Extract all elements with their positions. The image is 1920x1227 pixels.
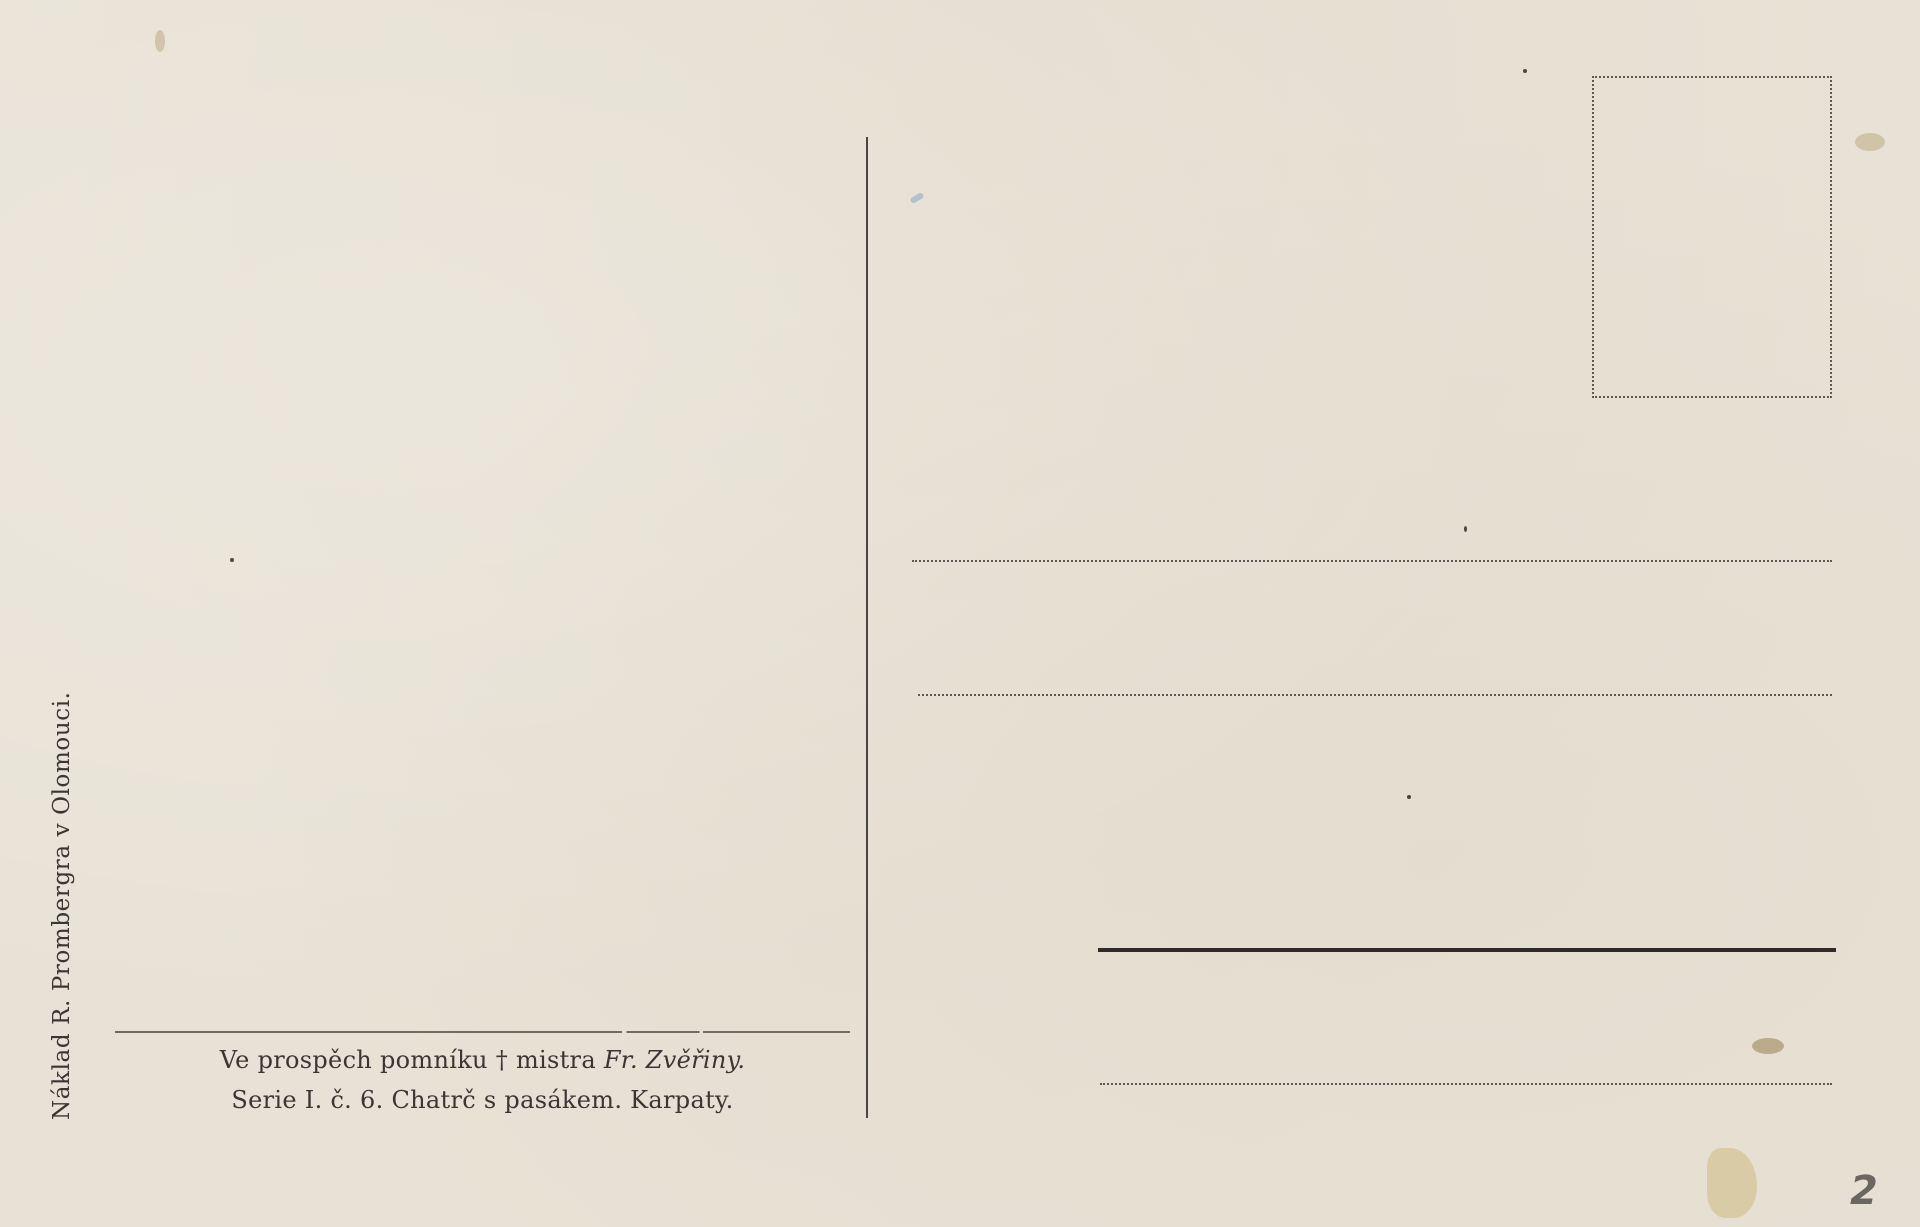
caption-artist-name: Fr. Zvěřiny. xyxy=(604,1046,745,1074)
caption-line-1-text: Ve prospěch pomníku † mistra xyxy=(220,1046,604,1074)
paper-stain xyxy=(1707,1148,1757,1218)
address-line-1 xyxy=(912,560,1832,562)
caption: Ve prospěch pomníku † mistra Fr. Zvěřiny… xyxy=(115,1040,850,1120)
caption-rule xyxy=(115,1031,850,1033)
stamp-box xyxy=(1592,76,1832,398)
publisher-imprint: Náklad R. Prombergra v Olomouci. xyxy=(47,600,77,1120)
paper-speck xyxy=(230,558,234,562)
center-divider xyxy=(866,137,868,1118)
paper-speck xyxy=(1523,69,1527,73)
address-line-3-solid xyxy=(1098,948,1836,952)
ink-mark xyxy=(909,192,924,204)
paper-stain xyxy=(155,30,165,52)
caption-line-1: Ve prospěch pomníku † mistra Fr. Zvěřiny… xyxy=(115,1040,850,1080)
address-line-2 xyxy=(918,694,1832,696)
paper-speck xyxy=(1407,795,1411,799)
address-line-4 xyxy=(1100,1083,1832,1085)
caption-line-2: Serie I. č. 6. Chatrč s pasákem. Karpaty… xyxy=(115,1080,850,1120)
paper-stain xyxy=(1752,1038,1784,1054)
postcard-back: Náklad R. Prombergra v Olomouci. Ve pros… xyxy=(0,0,1920,1227)
handwritten-number: 2 xyxy=(1850,1168,1878,1214)
paper-stain xyxy=(1855,133,1885,151)
paper-speck xyxy=(1464,526,1467,532)
